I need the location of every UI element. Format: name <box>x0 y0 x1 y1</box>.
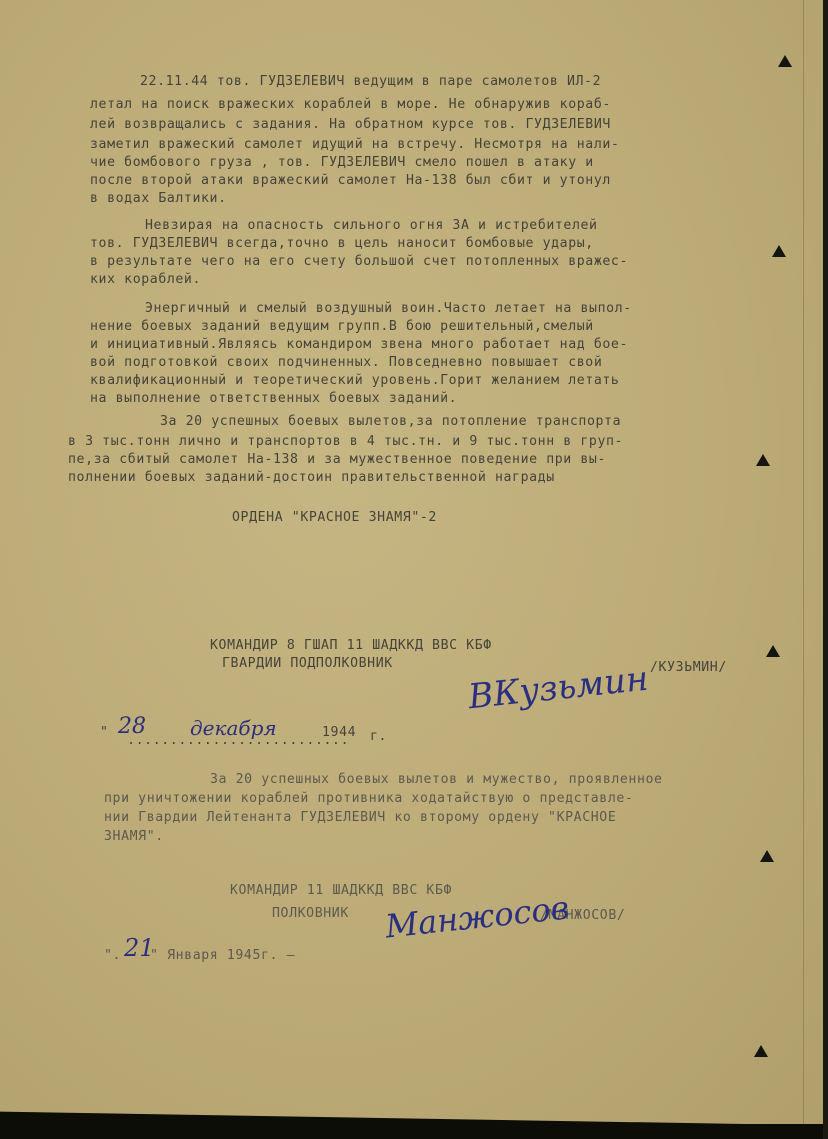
p2-line-2: тов. ГУДЗЕЛЕВИЧ всегда,точно в цель нано… <box>90 236 594 253</box>
p2-line-1: Невзирая на опасность сильного огня ЗА и… <box>145 218 598 235</box>
p1-line-3: лей возвращались с задания. На обратном … <box>90 117 611 134</box>
p3-line-2: нение боевых заданий ведущим групп.В бою… <box>90 319 594 336</box>
commander-1-position: КОМАНДИР 8 ГШАП 11 ШАДККД ВВС КБФ <box>210 638 492 655</box>
p3-line-4: вой подготовкой своих подчиненных. Повсе… <box>90 355 602 372</box>
commander-2-rank: ПОЛКОВНИК <box>272 906 349 923</box>
binder-hole-icon <box>754 1045 768 1057</box>
p1-line-6: после второй атаки вражеский самолет На-… <box>90 173 611 190</box>
p1-line-7: в водах Балтики. <box>90 191 227 208</box>
p2-line-3: в результате чего на его счету большой с… <box>90 254 628 271</box>
p4-line-1: За 20 успешных боевых вылетов,за потопле… <box>160 414 621 431</box>
p1-line-1: 22.11.44 тов. ГУДЗЕЛЕВИЧ ведущим в паре … <box>140 74 601 91</box>
p5-line-2: при уничтожении кораблей противника хода… <box>104 791 633 808</box>
p4-line-2: в 3 тыс.тонн лично и транспортов в 4 тыс… <box>68 434 623 451</box>
p5-line-1: За 20 успешных боевых вылетов и мужество… <box>210 772 663 789</box>
commander-2-position: КОМАНДИР 11 ШАДККД ВВС КБФ <box>230 883 452 900</box>
p5-line-3: нии Гвардии Лейтенанта ГУДЗЕЛЕВИЧ ко вто… <box>104 810 616 827</box>
binder-hole-icon <box>778 55 792 67</box>
binder-hole-icon <box>766 645 780 657</box>
binder-hole-icon <box>760 850 774 862</box>
date-2-rest: " Января 1945г. — <box>150 948 295 965</box>
p1-line-2: летал на поиск вражеских кораблей в море… <box>90 97 611 114</box>
binder-hole-icon <box>756 454 770 466</box>
date-1-open-quote: " <box>100 725 109 742</box>
page-fold-line <box>803 0 804 1124</box>
date-1-year: 1944 <box>322 725 356 742</box>
p1-line-4: заметил вражеский самолет идущий на встр… <box>90 137 619 154</box>
p3-line-3: и инициативный.Являясь командиром звена … <box>90 337 628 354</box>
p2-line-4: ких кораблей. <box>90 272 201 289</box>
commander-1-rank: ГВАРДИИ ПОДПОЛКОВНИК <box>222 656 393 673</box>
p5-line-4: ЗНАМЯ". <box>104 829 164 846</box>
p4-line-4: полнении боевых заданий-достоин правител… <box>68 470 555 487</box>
scan-edge <box>823 0 828 1139</box>
p3-line-5: квалификационный и теоретический уровень… <box>90 373 619 390</box>
p3-line-1: Энергичный и смелый воздушный воин.Часто… <box>145 301 632 318</box>
commander-1-name: /КУЗЬМИН/ <box>650 660 727 677</box>
date-1-suffix: г. <box>370 729 387 746</box>
binder-hole-icon <box>772 245 786 257</box>
date-2-open-quote: ". <box>104 948 121 965</box>
p4-line-3: пе,за сбитый самолет На-138 и за мужеств… <box>68 452 606 469</box>
award-title: ОРДЕНА "КРАСНОЕ ЗНАМЯ"-2 <box>232 510 437 527</box>
date-1-month: декабря <box>190 716 277 740</box>
p1-line-5: чие бомбового груза , тов. ГУДЗЕЛЕВИЧ см… <box>90 155 594 172</box>
p3-line-6: на выполнение ответственных боевых задан… <box>90 391 457 408</box>
